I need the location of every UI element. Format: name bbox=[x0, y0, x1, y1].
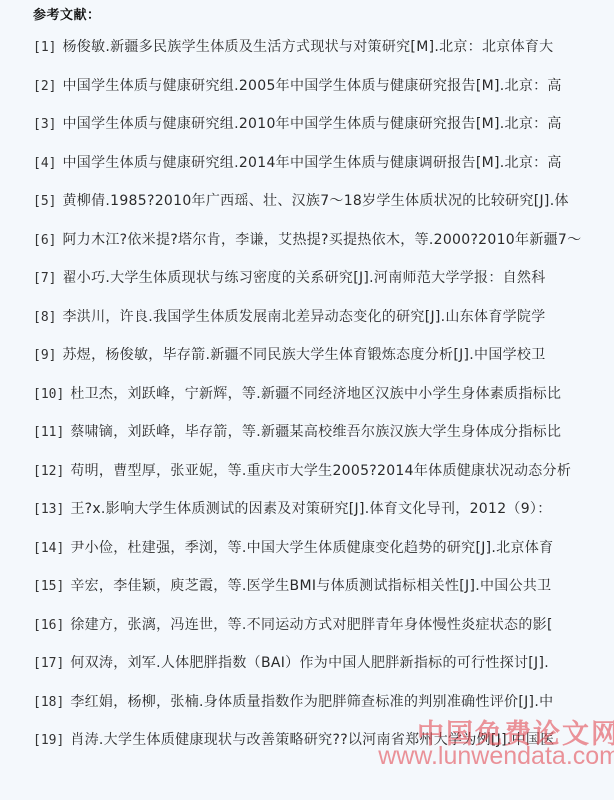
reference-text: 蔡啸镝，刘跃峰，毕存箭，等.新疆某高校维吾尔族汉族大学生身体成分指标比 bbox=[70, 424, 561, 440]
reference-item: [7]翟小巧.大学生体质现状与练习密度的关系研究[J].河南师范大学学报：自然科 bbox=[33, 268, 614, 307]
reference-item: [16]徐建方，张漓，冯连世，等.不同运动方式对肥胖青年身体慢性炎症状态的影[ bbox=[33, 615, 614, 654]
reference-item: [11]蔡啸镝，刘跃峰，毕存箭，等.新疆某高校维吾尔族汉族大学生身体成分指标比 bbox=[33, 422, 614, 461]
reference-number: [2] bbox=[33, 77, 56, 97]
reference-number: [16] bbox=[33, 616, 64, 636]
reference-text: 黄柳倩.1985?2010年广西瑶、壮、汉族7～18岁学生体质状况的比较研究[J… bbox=[62, 193, 568, 209]
reference-item: [4]中国学生体质与健康研究组.2014年中国学生体质与健康调研报告[M].北京… bbox=[33, 153, 614, 192]
reference-number: [12] bbox=[33, 462, 64, 482]
reference-item: [12]苟明，曹型厚，张亚妮，等.重庆市大学生2005?2014年体质健康状况动… bbox=[33, 461, 614, 500]
reference-text: 肖涛.大学生体质健康现状与改善策略研究??以河南省郑州大学为例[J].中国医 bbox=[70, 732, 554, 748]
reference-item: [13]王?x.影响大学生体质测试的因素及对策研究[J].体育文化导刊，2012… bbox=[33, 499, 614, 538]
reference-item: [14]尹小俭，杜建强，季浏，等.中国大学生体质健康变化趋势的研究[J].北京体… bbox=[33, 538, 614, 577]
reference-item: [8]李洪川，许良.我国学生体质发展南北差异动态变化的研究[J].山东体育学院学 bbox=[33, 307, 614, 346]
reference-number: [13] bbox=[33, 500, 64, 520]
reference-text: 中国学生体质与健康研究组.2014年中国学生体质与健康调研报告[M].北京：高 bbox=[62, 155, 561, 171]
reference-item: [2]中国学生体质与健康研究组.2005年中国学生体质与健康研究报告[M].北京… bbox=[33, 76, 614, 115]
reference-number: [4] bbox=[33, 154, 56, 174]
reference-item: [17]何双涛，刘军.人体肥胖指数（BAI）作为中国人肥胖新指标的可行性探讨[J… bbox=[33, 653, 614, 692]
reference-number: [10] bbox=[33, 385, 64, 405]
reference-number: [6] bbox=[33, 231, 56, 251]
reference-text: 李洪川，许良.我国学生体质发展南北差异动态变化的研究[J].山东体育学院学 bbox=[62, 309, 545, 325]
reference-number: [8] bbox=[33, 308, 56, 328]
reference-number: [7] bbox=[33, 269, 56, 289]
reference-text: 徐建方，张漓，冯连世，等.不同运动方式对肥胖青年身体慢性炎症状态的影[ bbox=[70, 617, 552, 633]
reference-text: 中国学生体质与健康研究组.2010年中国学生体质与健康研究报告[M].北京：高 bbox=[62, 116, 561, 132]
reference-item: [10]杜卫杰，刘跃峰，宁新辉，等.新疆不同经济地区汉族中小学生身体素质指标比 bbox=[33, 384, 614, 423]
reference-text: 翟小巧.大学生体质现状与练习密度的关系研究[J].河南师范大学学报：自然科 bbox=[62, 270, 545, 286]
reference-item: [1]杨俊敏.新疆多民族学生体质及生活方式现状与对策研究[M].北京：北京体育大 bbox=[33, 37, 614, 76]
references-heading: 参考文献： bbox=[33, 4, 101, 23]
reference-number: [18] bbox=[33, 693, 64, 713]
reference-text: 王?x.影响大学生体质测试的因素及对策研究[J].体育文化导刊，2012（9）： bbox=[70, 501, 551, 517]
reference-item: [5]黄柳倩.1985?2010年广西瑶、壮、汉族7～18岁学生体质状况的比较研… bbox=[33, 191, 614, 230]
reference-text: 辛宏，李佳颖，庾芝霞，等.医学生BMI与体质测试指标相关性[J].中国公共卫 bbox=[70, 578, 551, 594]
reference-number: [17] bbox=[33, 654, 64, 674]
reference-text: 苏煜，杨俊敏，毕存箭.新疆不同民族大学生体育锻炼态度分析[J].中国学校卫 bbox=[62, 347, 545, 363]
reference-page: 参考文献： [1]杨俊敏.新疆多民族学生体质及生活方式现状与对策研究[M].北京… bbox=[0, 0, 614, 800]
reference-number: [9] bbox=[33, 346, 56, 366]
reference-text: 杜卫杰，刘跃峰，宁新辉，等.新疆不同经济地区汉族中小学生身体素质指标比 bbox=[70, 386, 561, 402]
reference-number: [15] bbox=[33, 577, 64, 597]
reference-item: [9]苏煜，杨俊敏，毕存箭.新疆不同民族大学生体育锻炼态度分析[J].中国学校卫 bbox=[33, 345, 614, 384]
reference-item: [18]李红娟，杨柳，张楠.身体质量指数作为肥胖筛查标准的判别准确性评价[J].… bbox=[33, 692, 614, 731]
reference-text: 李红娟，杨柳，张楠.身体质量指数作为肥胖筛查标准的判别准确性评价[J].中 bbox=[70, 694, 553, 710]
reference-item: [6]阿力木江?依米提?塔尔肯，李谦，艾热提?买提热依木，等.2000?2010… bbox=[33, 230, 614, 269]
reference-number: [1] bbox=[33, 38, 56, 58]
reference-number: [11] bbox=[33, 423, 64, 443]
reference-item: [15]辛宏，李佳颖，庾芝霞，等.医学生BMI与体质测试指标相关性[J].中国公… bbox=[33, 576, 614, 615]
reference-item: [3]中国学生体质与健康研究组.2010年中国学生体质与健康研究报告[M].北京… bbox=[33, 114, 614, 153]
reference-text: 杨俊敏.新疆多民族学生体质及生活方式现状与对策研究[M].北京：北京体育大 bbox=[62, 39, 553, 55]
reference-number: [5] bbox=[33, 192, 56, 212]
reference-text: 阿力木江?依米提?塔尔肯，李谦，艾热提?买提热依木，等.2000?2010年新疆… bbox=[62, 232, 581, 248]
reference-number: [14] bbox=[33, 539, 64, 559]
reference-text: 尹小俭，杜建强，季浏，等.中国大学生体质健康变化趋势的研究[J].北京体育 bbox=[70, 540, 553, 556]
reference-text: 何双涛，刘军.人体肥胖指数（BAI）作为中国人肥胖新指标的可行性探讨[J]. bbox=[70, 655, 549, 671]
reference-text: 苟明，曹型厚，张亚妮，等.重庆市大学生2005?2014年体质健康状况动态分析 bbox=[70, 463, 571, 479]
reference-number: [19] bbox=[33, 731, 64, 751]
reference-number: [3] bbox=[33, 115, 56, 135]
reference-item: [19]肖涛.大学生体质健康现状与改善策略研究??以河南省郑州大学为例[J].中… bbox=[33, 730, 614, 769]
reference-text: 中国学生体质与健康研究组.2005年中国学生体质与健康研究报告[M].北京：高 bbox=[62, 78, 561, 94]
reference-list: [1]杨俊敏.新疆多民族学生体质及生活方式现状与对策研究[M].北京：北京体育大… bbox=[33, 37, 614, 769]
